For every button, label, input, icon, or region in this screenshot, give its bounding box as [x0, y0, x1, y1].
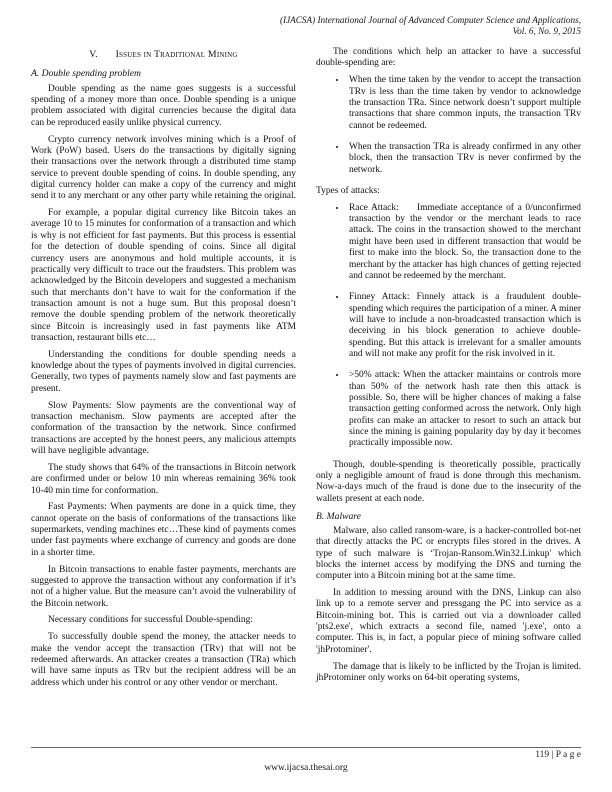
footer-divider	[31, 747, 581, 748]
paragraph: The damage that is likely to be inflicte…	[316, 662, 581, 685]
paragraph: To successfully double spend the money, …	[31, 632, 296, 689]
journal-volume: Vol. 6, No. 9, 2015	[280, 26, 581, 37]
paragraph: The conditions which help an attacker to…	[316, 47, 581, 70]
journal-website: www.ijacsa.thesai.org	[0, 763, 612, 773]
paragraph: Though, double-spending is theoretically…	[316, 460, 581, 505]
paragraph: Understanding the conditions for double …	[31, 350, 296, 395]
paragraph: Crypto currency network involves mining …	[31, 135, 296, 203]
page-number: 119 | P a g e	[535, 750, 581, 760]
paragraph: Slow Payments: Slow payments are the con…	[31, 401, 296, 458]
paragraph: Necessary conditions for successful Doub…	[31, 615, 296, 626]
subsection-b-heading: B. Malware	[316, 511, 581, 522]
two-column-body: V.Issues in Traditional Mining A. Double…	[31, 47, 581, 695]
paragraph: Malware, also called ransom-ware, is a h…	[316, 526, 581, 583]
types-of-attacks-label: Types of attacks:	[316, 186, 581, 197]
journal-title: (IJACSA) International Journal of Advanc…	[280, 15, 581, 26]
bullet-item-race-attack: Race Attack: Immediate acceptance of a 0…	[347, 203, 581, 282]
paragraph: In Bitcoin transactions to enable faster…	[31, 565, 296, 610]
bullet-item-50-percent-attack: >50% attack: When the attacker maintains…	[347, 370, 581, 449]
paper-page: (IJACSA) International Journal of Advanc…	[0, 0, 612, 792]
left-column: V.Issues in Traditional Mining A. Double…	[31, 47, 296, 695]
paragraph: In addition to messing around with the D…	[316, 588, 581, 656]
journal-header: (IJACSA) International Journal of Advanc…	[280, 15, 581, 37]
section-title: Issues in Traditional Mining	[116, 49, 238, 60]
bullet-item: When the time taken by the vendor to acc…	[347, 75, 581, 132]
section-heading: V.Issues in Traditional Mining	[31, 49, 296, 60]
paragraph: The study shows that 64% of the transact…	[31, 463, 296, 497]
right-column: The conditions which help an attacker to…	[316, 47, 581, 695]
conditions-bullet-list: When the time taken by the vendor to acc…	[316, 75, 581, 176]
bullet-item-finney-attack: Finney Attack: Finnely attack is a fraud…	[347, 292, 581, 360]
paragraph: Double spending as the name goes suggest…	[31, 84, 296, 129]
paragraph: For example, a popular digital currency …	[31, 208, 296, 344]
bullet-item: When the transaction TRa is already conf…	[347, 142, 581, 176]
subsection-a-heading: A. Double spending problem	[31, 68, 296, 79]
section-number: V.	[89, 49, 97, 60]
attacks-bullet-list: Race Attack: Immediate acceptance of a 0…	[316, 203, 581, 450]
paragraph: Fast Payments: When payments are done in…	[31, 502, 296, 559]
